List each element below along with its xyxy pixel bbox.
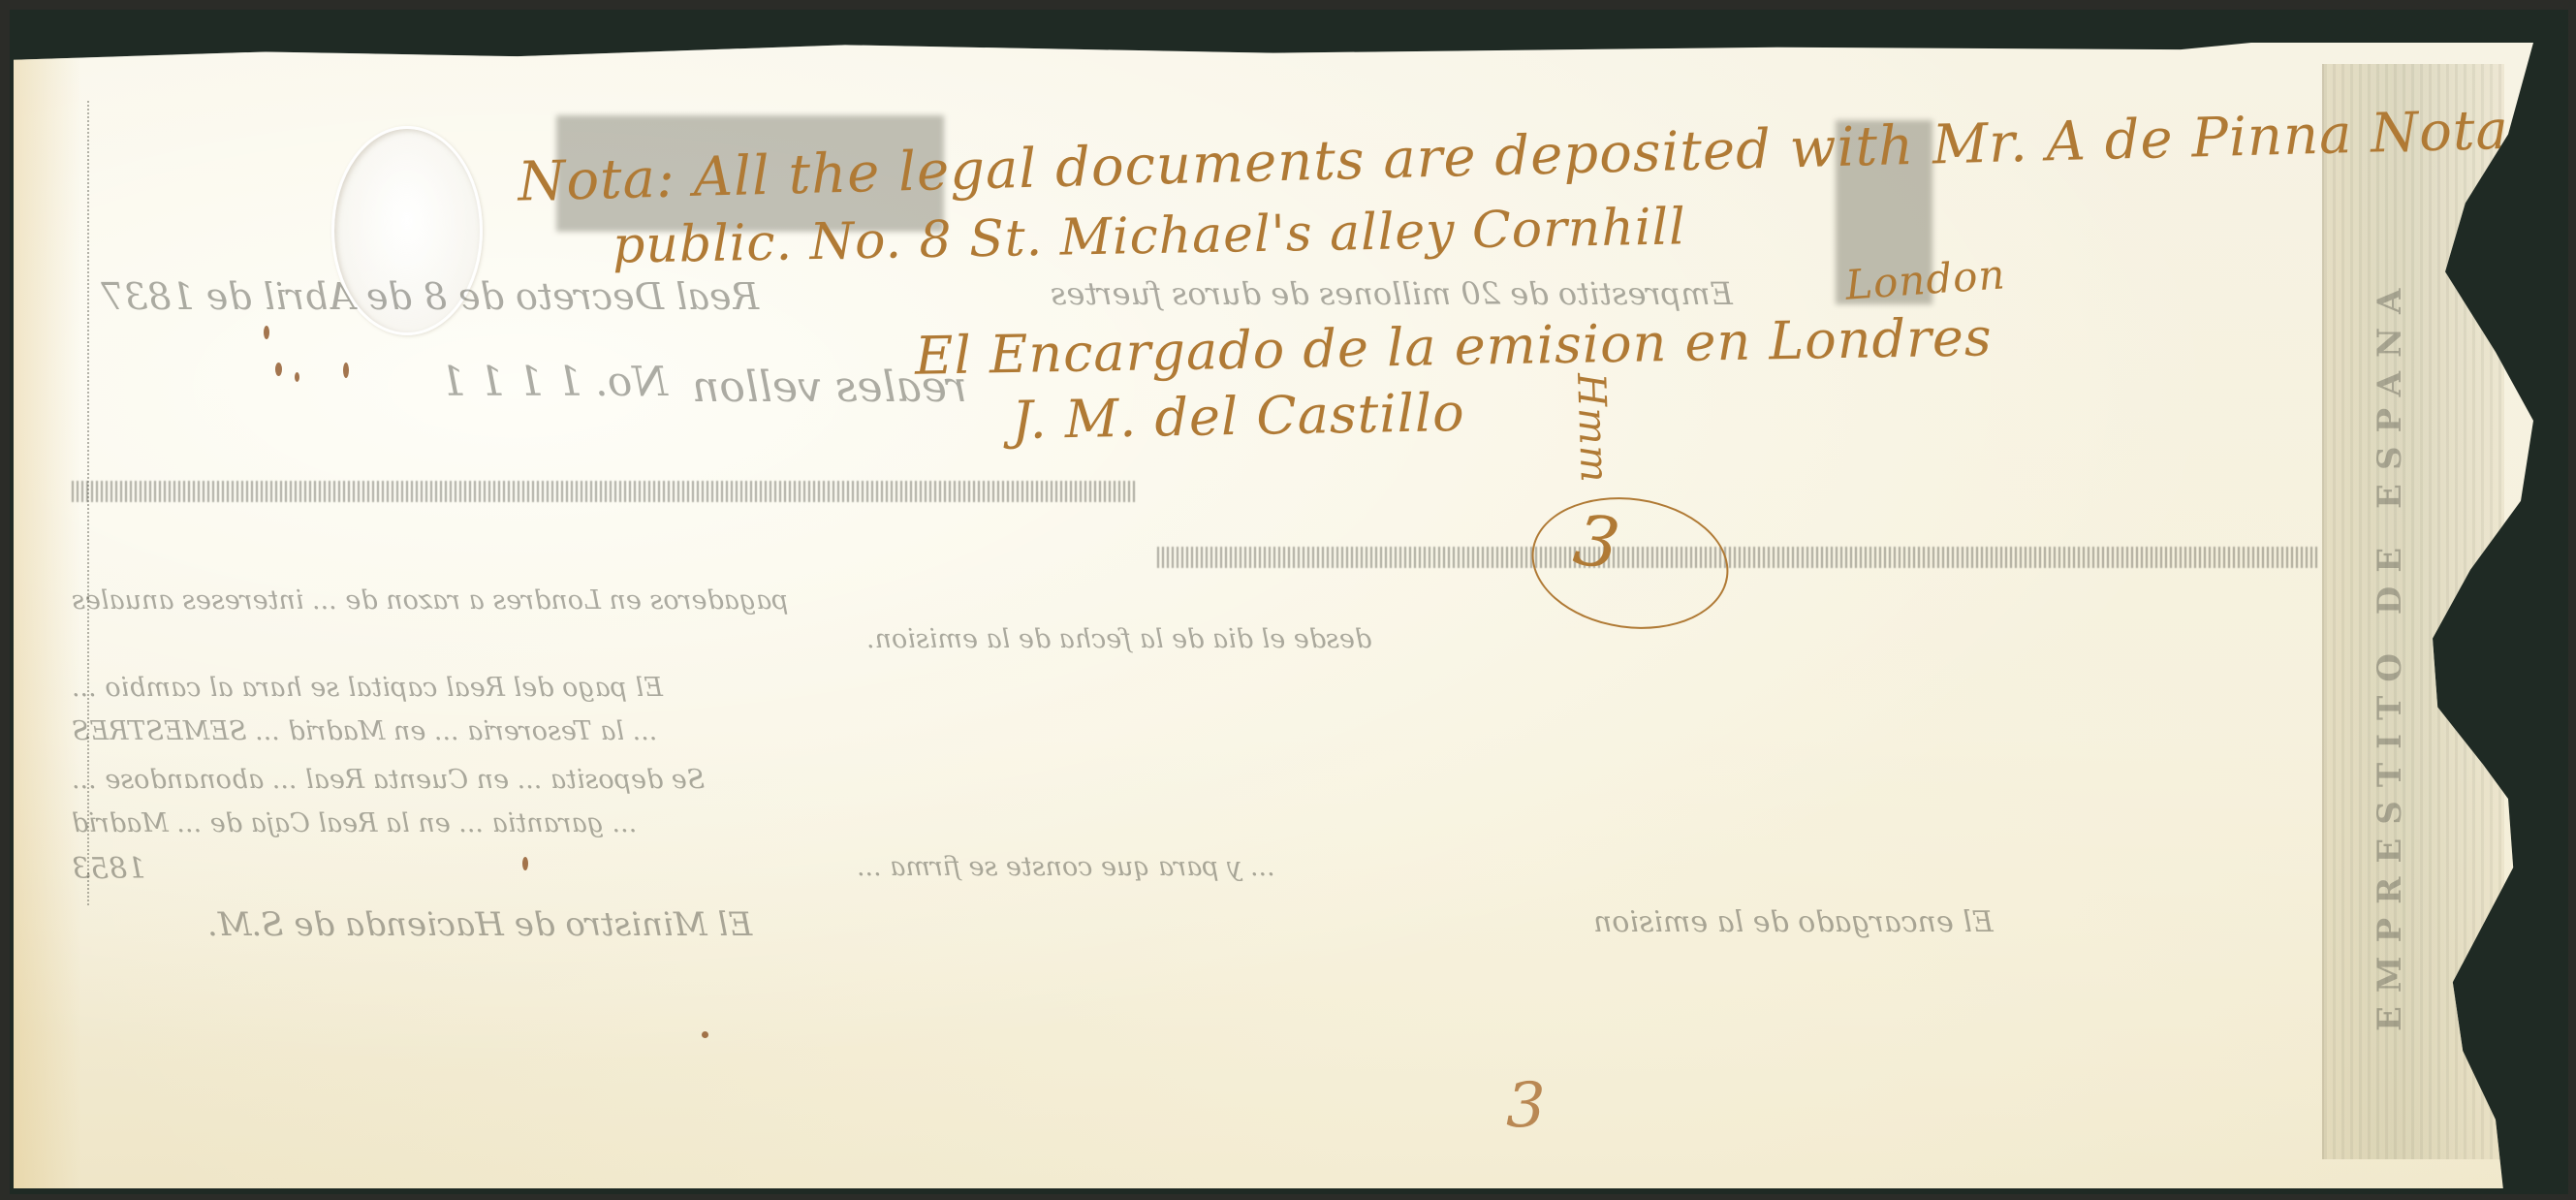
rust-spot (702, 1031, 708, 1038)
rust-spot (295, 372, 299, 382)
side-strip-text: EMPRESTITO DE ESPANA (2371, 159, 2409, 1031)
ghost-body-line: desde el dia de la fecha de la emision. (866, 624, 1371, 654)
ghost-body-line: ... la Tesoreria ... en Madrid ... SEMES… (72, 716, 657, 746)
handwritten-signature: J. M. del Castillo (1011, 382, 1465, 451)
ghost-header-left: Real Decreto de 8 de Abril de 1837 (101, 275, 759, 318)
handwritten-agent-title: El Encargado de la emision en Londres (915, 306, 1994, 386)
rust-spot (522, 857, 528, 870)
ghost-footer-left: El Ministro de Hacienda de S.M. (207, 905, 752, 944)
ghost-footer-right: El encargado de la emision (1593, 905, 1994, 939)
ghost-body-line: ... garantia ... en la Real Caja de ... … (72, 808, 637, 838)
ghost-body-line: ... y para que conste se firma ... (857, 852, 1275, 882)
ghost-body-line: pagaderos en Londres a razon de ... inte… (72, 585, 789, 616)
ghost-body-line: Se deposita ... en Cuenta Real ... abona… (72, 765, 705, 795)
circled-number: 3 (1524, 485, 1738, 641)
rust-spot (343, 363, 349, 378)
ghost-rule (72, 481, 1138, 502)
handwritten-city: London (1843, 250, 2006, 308)
signature-flourish: Hmm (1568, 372, 1617, 484)
ghost-serial: 1853 (72, 852, 145, 886)
ghost-amount: No. 1 1 1 1 (440, 358, 668, 405)
rust-spot (264, 326, 269, 339)
ghost-body-line: El pago del Real capital se hara al camb… (72, 673, 663, 703)
document-paper: EMPRESTITO DE ESPANA Real Decreto de 8 d… (14, 43, 2533, 1188)
rust-spot (275, 363, 282, 376)
edge-stain (14, 43, 81, 1188)
bottom-ink-mark: 3 (1506, 1070, 1552, 1142)
ghost-rule (1157, 547, 2320, 568)
circled-number-text: 3 (1569, 498, 1624, 585)
ghost-header-right: Emprestito de 20 millones de duros fuert… (1051, 275, 1733, 312)
